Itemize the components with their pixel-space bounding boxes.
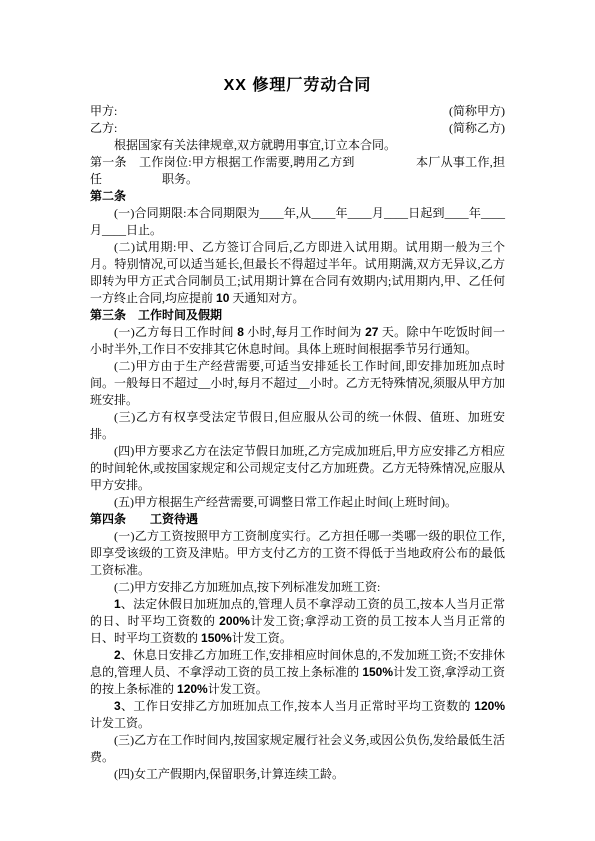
- clause-4-2-item-1: 1、法定休假日加班加点的,管理人员不拿浮动工资的员工,按本人当月正常的日、时平均…: [90, 596, 505, 647]
- clause-4-1: (一)乙方工资按照甲方工资制度实行。乙方担任哪一类哪一级的职位工作,即享受该级的…: [90, 528, 505, 579]
- clause-4-4: (四)女工产假期内,保留职务,计算连续工龄。: [90, 766, 505, 783]
- number-emphasis: 8: [237, 325, 244, 339]
- clause-4-2: (二)甲方安排乙方加班加点,按下列标准发加班工资:: [90, 579, 505, 596]
- clause-2-1: (一)合同期限:本合同期限为____年,从____年____月____日起到__…: [90, 205, 505, 239]
- number-emphasis: 3: [114, 699, 121, 713]
- party-a-row: 甲方: (简称甲方): [90, 103, 505, 120]
- number-emphasis: 27: [365, 325, 378, 339]
- number-emphasis: 10: [216, 291, 229, 305]
- clause-2-2: (二)试用期:甲、乙方签订合同后,乙方即进入试用期。试用期一般为三个月。特别情况…: [90, 239, 505, 307]
- article-1-paragraph: 第一条 工作岗位:甲方根据工作需要,聘用乙方到 本厂从事工作,担任 职务。: [90, 154, 505, 188]
- article-2-heading: 第二条: [90, 188, 505, 205]
- party-b-label: 乙方:: [90, 120, 117, 137]
- clause-3-3: (三)乙方有权享受法定节假日,但应服从公司的统一休假、值班、加班安排。: [90, 409, 505, 443]
- article-4-heading: 第四条 工资待遇: [90, 511, 505, 528]
- clause-3-2: (二)甲方由于生产经营需要,可适当安排延长工作时间,即安排加班加点时间。一般每日…: [90, 358, 505, 409]
- party-a-label: 甲方:: [90, 103, 117, 120]
- number-emphasis: 150%: [201, 631, 232, 645]
- party-b-row: 乙方: (简称乙方): [90, 120, 505, 137]
- clause-4-2-item-3: 3、工作日安排乙方加班加点工作,按本人当月正常时平均工资数的 120%计发工资。: [90, 698, 505, 732]
- clause-3-5: (五)甲方根据生产经营需要,可调整日常工作起止时间(上班时间)。: [90, 494, 505, 511]
- clause-3-1: (一)乙方每日工作时间 8 小时,每月工作时间为 27 天。除中午吃饭时间一小时…: [90, 324, 505, 358]
- number-emphasis: 120%: [474, 699, 505, 713]
- document-page: XX 修理厂劳动合同 甲方: (简称甲方) 乙方: (简称乙方) 根据国家有关法…: [0, 0, 595, 841]
- document-title: XX 修理厂劳动合同: [90, 76, 505, 96]
- intro-paragraph: 根据国家有关法律规章,双方就聘用事宜,订立本合同。: [90, 137, 505, 154]
- clause-4-2-item-2: 2、休息日安排乙方加班工作,安排相应时间休息的,不发加班工资;不安排休息的,管理…: [90, 647, 505, 698]
- article-3-heading: 第三条 工作时间及假期: [90, 307, 505, 324]
- number-emphasis: 2: [114, 648, 121, 662]
- number-emphasis: 120%: [177, 682, 208, 696]
- clause-3-4: (四)甲方要求乙方在法定节假日加班,乙方完成加班后,甲方应安排乙方相应的时间轮休…: [90, 443, 505, 494]
- number-emphasis: 1: [114, 597, 121, 611]
- number-emphasis: 200%: [219, 614, 250, 628]
- clause-4-3: (三)乙方在工作时间内,按国家规定履行社会义务,或因公负伤,发给最低生活费。: [90, 732, 505, 766]
- party-b-note: (简称乙方): [449, 120, 505, 137]
- number-emphasis: 150%: [362, 665, 393, 679]
- party-a-note: (简称甲方): [449, 103, 505, 120]
